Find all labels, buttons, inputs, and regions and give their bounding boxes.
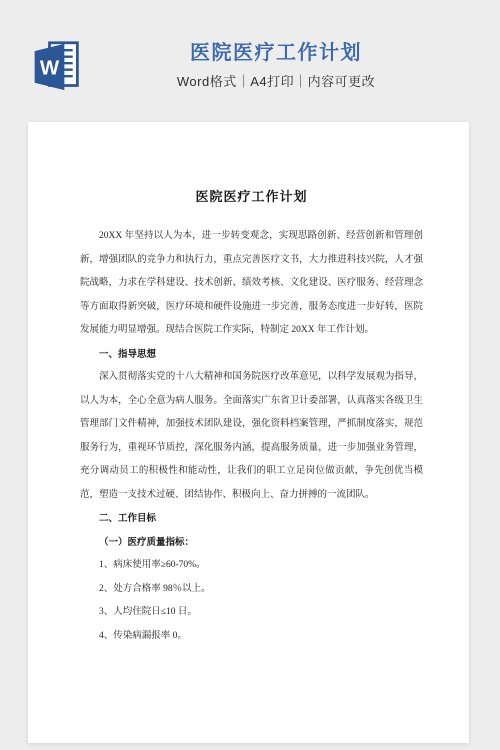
document-page: 医院医疗工作计划 20XX 年坚持以人为本，进一步转变观念，实现思路创新、经营创… (28, 122, 469, 743)
doc-paragraph: 深入贯彻落实党的十八大精神和国务院医疗改革意见，以科学发展观为指导，以人为本，全… (80, 366, 423, 507)
doc-paragraph: 20XX 年坚持以人为本，进一步转变观念，实现思路创新、经营创新和管理创新，增强… (80, 225, 423, 343)
doc-list-item: 2、处方合格率 98％以上。 (80, 578, 423, 602)
template-subtitle: Word格式｜A4打印｜内容可更改 (52, 71, 500, 90)
document-body: 20XX 年坚持以人为本，进一步转变观念，实现思路创新、经营创新和管理创新，增强… (80, 225, 423, 648)
document-title: 医院医疗工作计划 (80, 186, 423, 205)
doc-list-item: 4、传染病漏报率 0。 (80, 625, 423, 649)
template-header: W 医院医疗工作计划 Word格式｜A4打印｜内容可更改 (0, 0, 500, 122)
doc-heading: 一、指导思想 (80, 343, 423, 367)
doc-heading: （一）医疗质量指标： (80, 531, 423, 555)
word-icon-letter: W (40, 57, 60, 79)
doc-heading: 二、工作目标 (80, 507, 423, 531)
word-icon: W (30, 38, 82, 94)
template-title: 医院医疗工作计划 (52, 40, 500, 66)
doc-list-item: 1、病床使用率≥60-70%。 (80, 554, 423, 578)
doc-list-item: 3、人均住院日≤10 日。 (80, 601, 423, 625)
